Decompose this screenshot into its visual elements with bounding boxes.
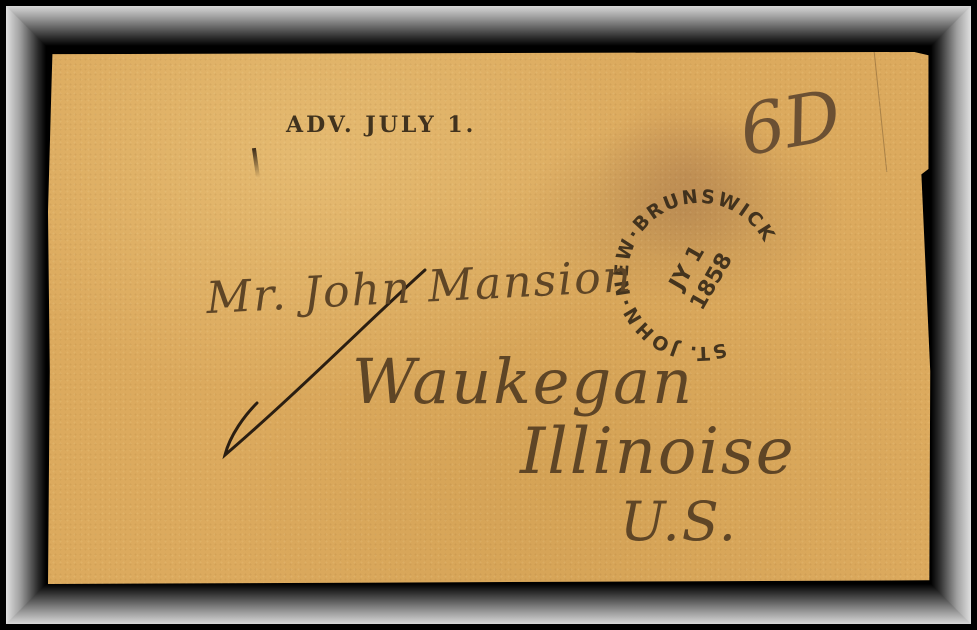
frame-bevel-top bbox=[6, 6, 971, 46]
frame-bevel-left bbox=[6, 6, 46, 624]
address-city: Waukegan bbox=[352, 345, 694, 418]
address-country: U.S. bbox=[620, 490, 738, 553]
frame-bevel-right bbox=[931, 6, 971, 624]
advertised-handstamp: ADV. JULY 1. bbox=[286, 112, 476, 138]
address-state: Illinoise bbox=[520, 415, 796, 489]
frame-bevel-bottom bbox=[6, 584, 971, 624]
rate-manuscript: 6D bbox=[734, 74, 847, 172]
